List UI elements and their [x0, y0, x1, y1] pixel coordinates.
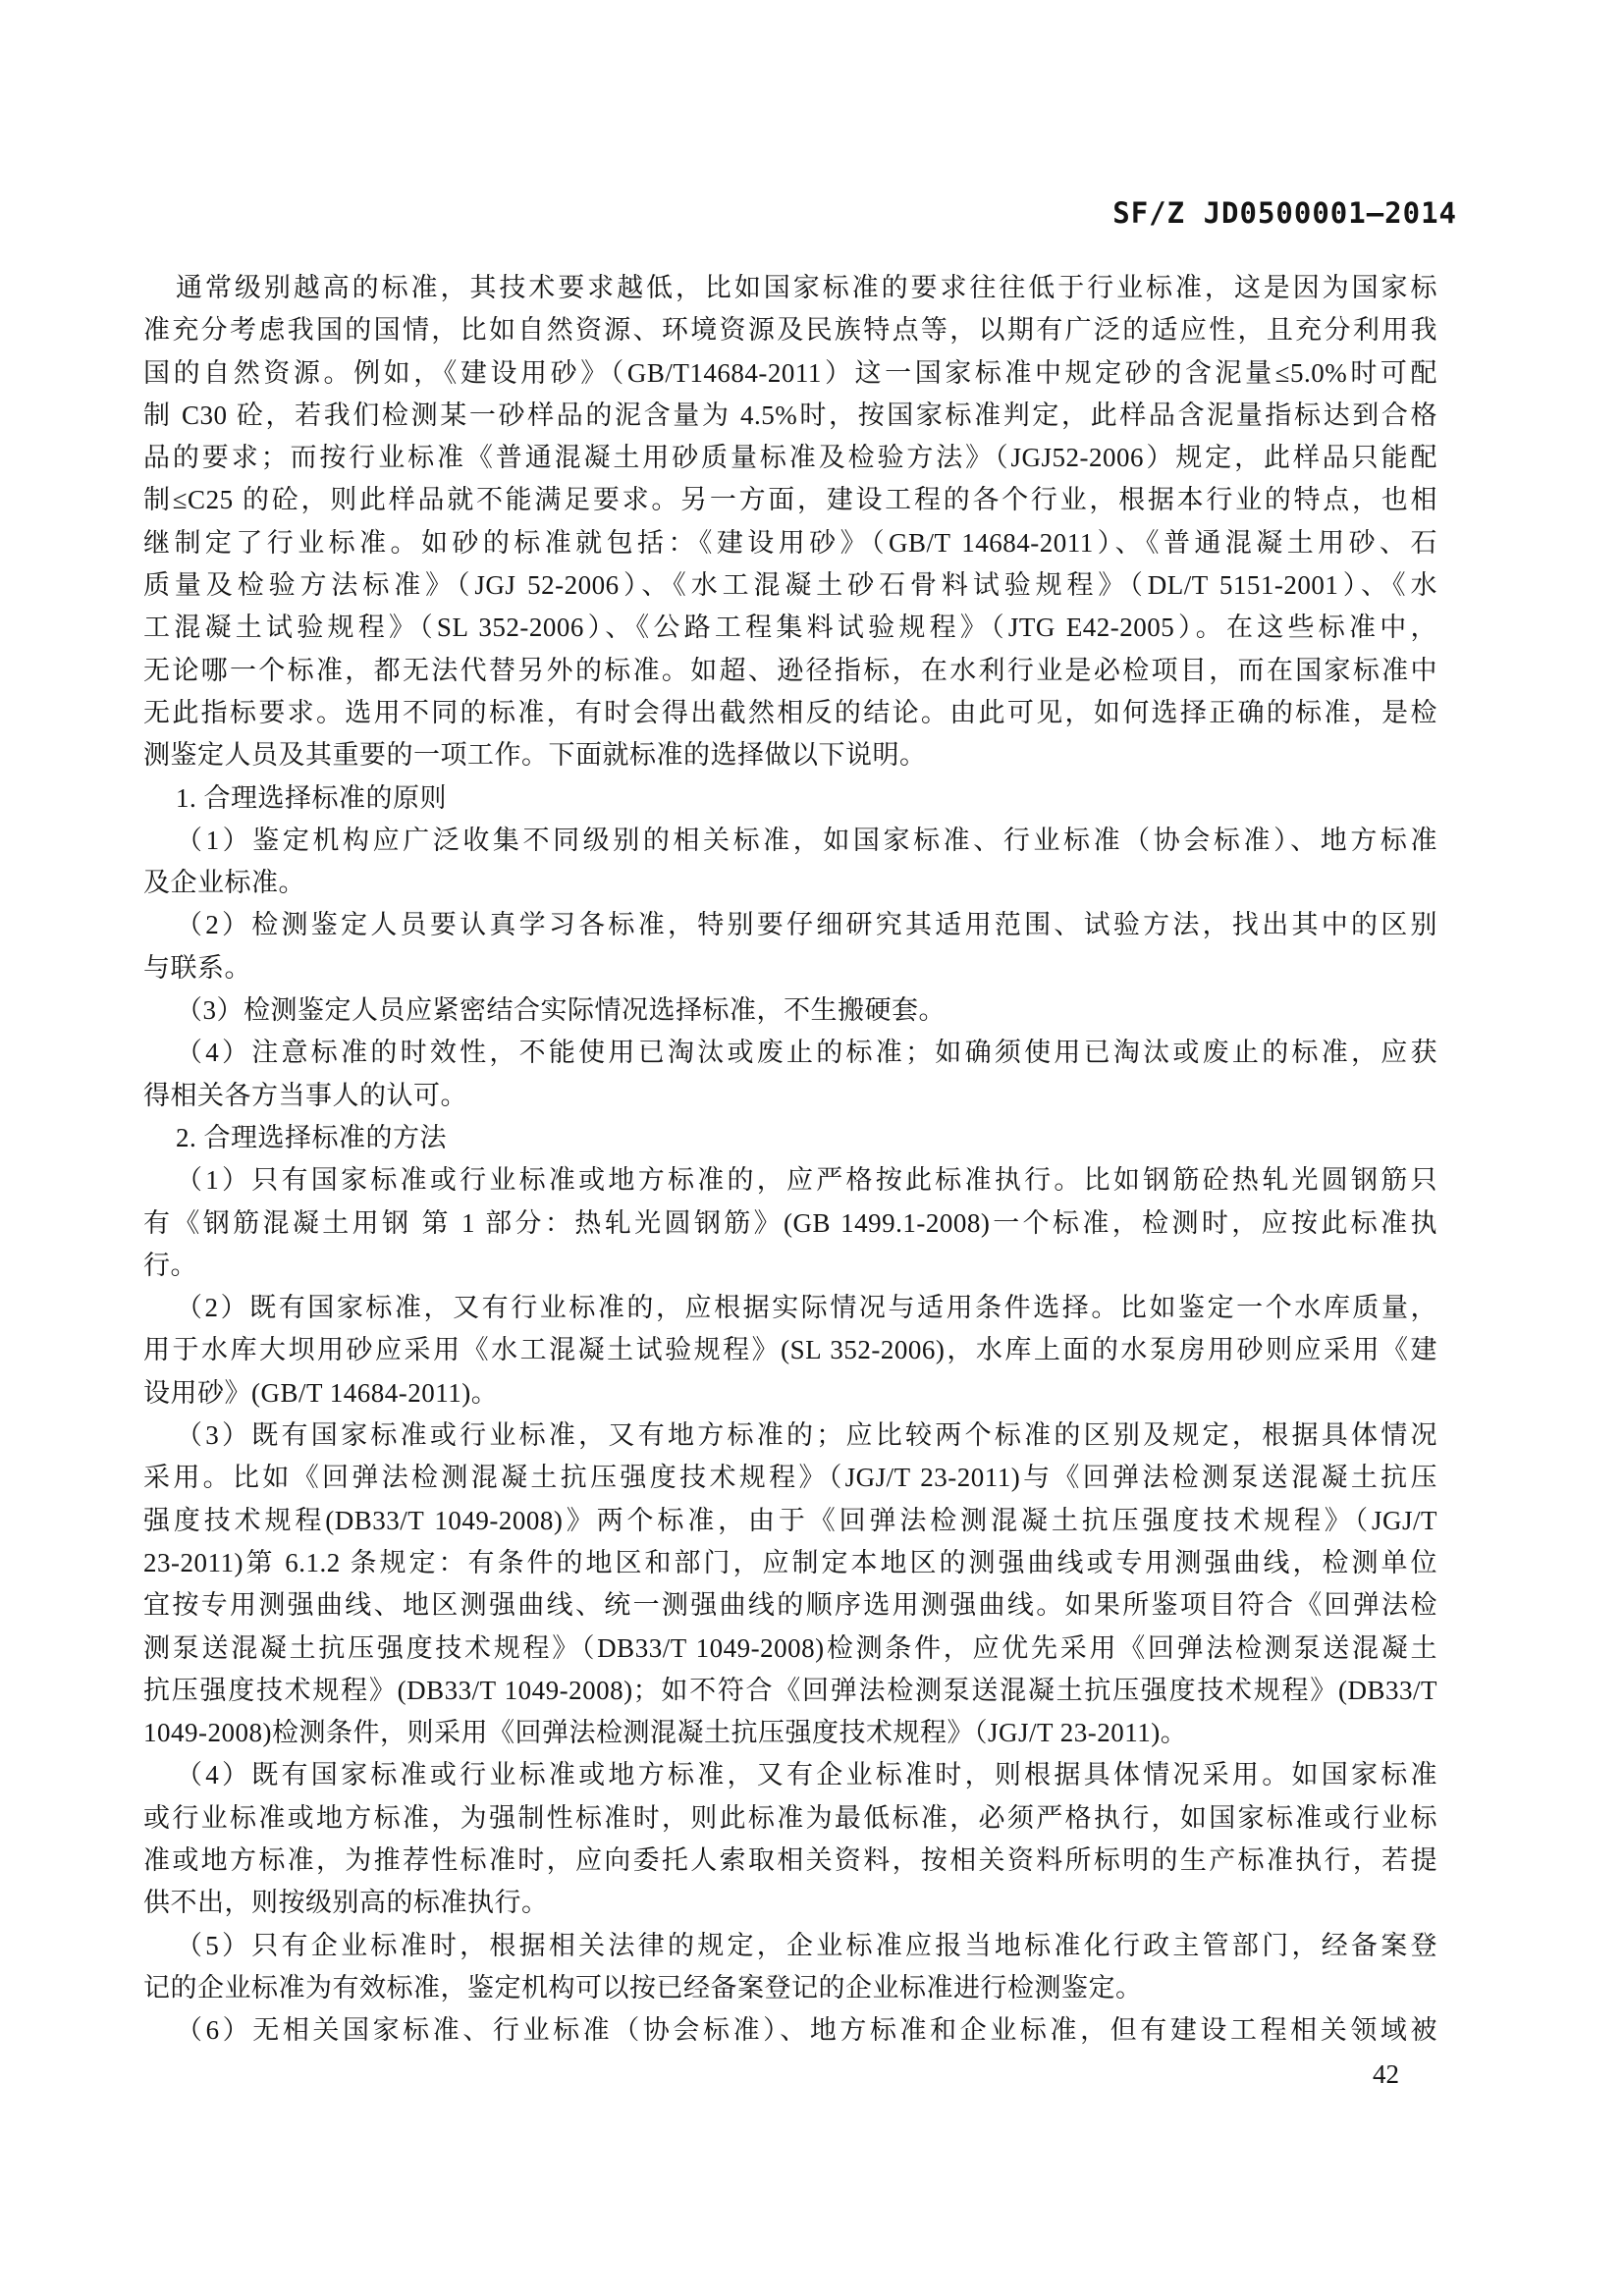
text-line: 行。	[143, 1245, 1437, 1287]
text-line: （3）既有国家标准或行业标准，又有地方标准的；应比较两个标准的区别及规定，根据具…	[143, 1415, 1437, 1457]
text-line: 测泵送混凝土抗压强度技术规程》（DB33/T 1049-2008)检测条件，应优…	[143, 1628, 1437, 1670]
text-line: 1049-2008)检测条件，则采用《回弹法检测混凝土抗压强度技术规程》（JGJ…	[143, 1712, 1437, 1754]
text-line: 测鉴定人员及其重要的一项工作。下面就标准的选择做以下说明。	[143, 734, 1437, 776]
text-line: （1）鉴定机构应广泛收集不同级别的相关标准，如国家标准、行业标准（协会标准）、地…	[143, 820, 1437, 862]
text-line: 记的企业标准为有效标准，鉴定机构可以按已经备案登记的企业标准进行检测鉴定。	[143, 1967, 1437, 2009]
text-line: 工混凝土试验规程》（SL 352-2006）、《公路工程集料试验规程》（JTG …	[143, 607, 1437, 649]
text-line: 制 C30 砼，若我们检测某一砂样品的泥含量为 4.5%时，按国家标准判定，此样…	[143, 395, 1437, 437]
page-body: 通常级别越高的标准，其技术要求越低，比如国家标准的要求往往低于行业标准，这是因为…	[143, 267, 1437, 2052]
text-line: 无论哪一个标准，都无法代替另外的标准。如超、逊径指标，在水利行业是必检项目，而在…	[143, 650, 1437, 692]
text-line: 品的要求；而按行业标准《普通混凝土用砂质量标准及检验方法》（JGJ52-2006…	[143, 437, 1437, 479]
text-line: 准充分考虑我国的国情，比如自然资源、环境资源及民族特点等，以期有广泛的适应性，且…	[143, 309, 1437, 351]
text-line: 质量及检验方法标准》（JGJ 52-2006）、《水工混凝土砂石骨料试验规程》（…	[143, 564, 1437, 607]
text-line: （1）只有国家标准或行业标准或地方标准的，应严格按此标准执行。比如钢筋砼热轧光圆…	[143, 1159, 1437, 1201]
text-line: 设用砂》(GB/T 14684-2011)。	[143, 1372, 1437, 1415]
text-line: 强度技术规程(DB33/T 1049-2008)》两个标准，由于《回弹法检测混凝…	[143, 1500, 1437, 1542]
text-line: 制≤C25 的砼，则此样品就不能满足要求。另一方面，建设工程的各个行业，根据本行…	[143, 479, 1437, 521]
text-line: （2）检测鉴定人员要认真学习各标准，特别要仔细研究其适用范围、试验方法，找出其中…	[143, 904, 1437, 946]
page-number: 42	[1373, 2059, 1399, 2090]
text-line: 用于水库大坝用砂应采用《水工混凝土试验规程》(SL 352-2006)，水库上面…	[143, 1329, 1437, 1371]
text-line: 供不出，则按级别高的标准执行。	[143, 1882, 1437, 1924]
text-line: （4）既有国家标准或行业标准或地方标准，又有企业标准时，则根据具体情况采用。如国…	[143, 1754, 1437, 1796]
text-line: 继制定了行业标准。如砂的标准就包括：《建设用砂》（GB/T 14684-2011…	[143, 522, 1437, 564]
text-line: 及企业标准。	[143, 862, 1437, 904]
document-page: SF/Z JD0500001—2014 通常级别越高的标准，其技术要求越低，比如…	[0, 0, 1624, 2296]
text-line: 准或地方标准，为推荐性标准时，应向委托人索取相关资料，按相关资料所标明的生产标准…	[143, 1840, 1437, 1882]
text-line: （5）只有企业标准时，根据相关法律的规定，企业标准应报当地标准化行政主管部门，经…	[143, 1925, 1437, 1967]
text-line: （6）无相关国家标准、行业标准（协会标准）、地方标准和企业标准，但有建设工程相关…	[143, 2009, 1437, 2052]
text-line: 采用。比如《回弹法检测混凝土抗压强度技术规程》（JGJ/T 23-2011)与《…	[143, 1457, 1437, 1499]
text-line: （2）既有国家标准，又有行业标准的，应根据实际情况与适用条件选择。比如鉴定一个水…	[143, 1287, 1437, 1329]
text-line: 宜按专用测强曲线、地区测强曲线、统一测强曲线的顺序选用测强曲线。如果所鉴项目符合…	[143, 1584, 1437, 1627]
text-line: 无此指标要求。选用不同的标准，有时会得出截然相反的结论。由此可见，如何选择正确的…	[143, 692, 1437, 734]
text-line: 通常级别越高的标准，其技术要求越低，比如国家标准的要求往往低于行业标准，这是因为…	[143, 267, 1437, 309]
text-line: 或行业标准或地方标准，为强制性标准时，则此标准为最低标准，必须严格执行，如国家标…	[143, 1797, 1437, 1840]
text-line: 2. 合理选择标准的方法	[143, 1117, 1437, 1159]
text-line: 抗压强度技术规程》(DB33/T 1049-2008)；如不符合《回弹法检测泵送…	[143, 1670, 1437, 1712]
text-line: 与联系。	[143, 947, 1437, 989]
text-line: 23-2011)第 6.1.2 条规定：有条件的地区和部门，应制定本地区的测强曲…	[143, 1542, 1437, 1584]
text-line: （4）注意标准的时效性，不能使用已淘汰或废止的标准；如确须使用已淘汰或废止的标准…	[143, 1032, 1437, 1074]
document-code: SF/Z JD0500001—2014	[1112, 196, 1457, 230]
text-line: （3）检测鉴定人员应紧密结合实际情况选择标准，不生搬硬套。	[143, 989, 1437, 1032]
text-line: 得相关各方当事人的认可。	[143, 1075, 1437, 1117]
text-line: 1. 合理选择标准的原则	[143, 777, 1437, 820]
text-line: 国的自然资源。例如，《建设用砂》（GB/T14684-2011）这一国家标准中规…	[143, 352, 1437, 395]
text-line: 有《钢筋混凝土用钢 第 1 部分：热轧光圆钢筋》(GB 1499.1-2008)…	[143, 1202, 1437, 1245]
